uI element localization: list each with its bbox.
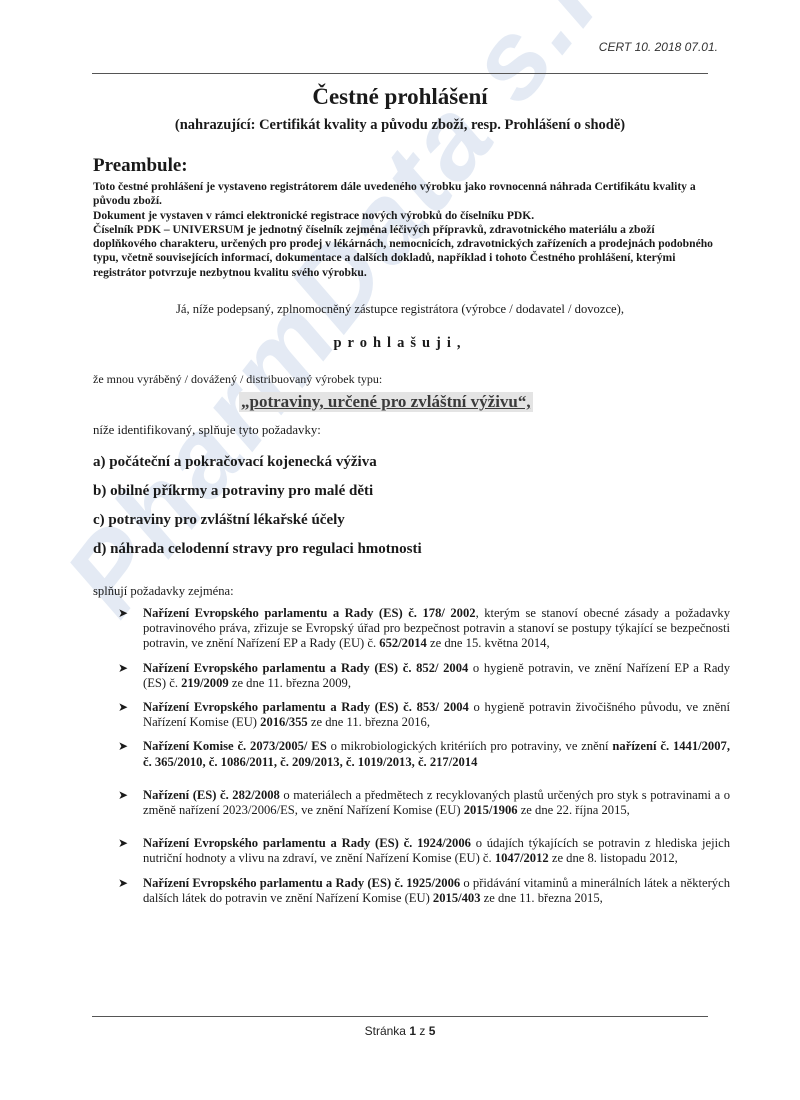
regulation-item: ➤ Nařízení Evropského parlamentu a Rady … [118,876,730,906]
page-number: Stránka 1 z 5 [0,1024,800,1038]
identified-statement: níže identifikovaný, splňuje tyto požada… [93,423,321,438]
arrow-bullet-icon: ➤ [118,661,128,676]
arrow-bullet-icon: ➤ [118,739,128,754]
meets-statement: splňují požadavky zejména: [93,584,234,599]
preamble-paragraph: Dokument je vystaven v rámci elektronick… [93,209,713,223]
arrow-bullet-icon: ➤ [118,836,128,851]
arrow-bullet-icon: ➤ [118,700,128,715]
regulation-item: ➤ Nařízení Evropského parlamentu a Rady … [118,700,730,730]
requirement-item: a) počáteční a pokračovací kojenecká výž… [93,454,422,483]
arrow-bullet-icon: ➤ [118,606,128,621]
declare-heading: prohlašuji, [0,335,800,352]
preamble-paragraph: Toto čestné prohlášení je vystaveno regi… [93,180,713,209]
requirement-item: c) potraviny pro zvláštní lékařské účely [93,512,422,541]
regulation-item: ➤ Nařízení (ES) č. 282/2008 o materiálec… [118,788,730,818]
regulation-item: ➤ Nařízení Evropského parlamentu a Rady … [118,661,730,691]
preamble-heading: Preambule: [93,155,188,177]
requirement-item: d) náhrada celodenní stravy pro regulaci… [93,541,422,570]
regulation-item: ➤ Nařízení Komise č. 2073/2005/ ES o mik… [118,739,730,769]
product-line: že mnou vyráběný / dovážený / distribuov… [93,372,382,387]
preamble-paragraph: Číselník PDK – UNIVERSUM je jednotný čís… [93,223,713,280]
cert-code: CERT 10. 2018 07.01. [599,40,718,54]
requirements-list: a) počáteční a pokračovací kojenecká výž… [93,454,422,570]
declarant-statement: Já, níže podepsaný, zplnomocněný zástupc… [0,302,800,317]
arrow-bullet-icon: ➤ [118,788,128,803]
requirement-item: b) obilné příkrmy a potraviny pro malé d… [93,483,422,512]
footer-rule [92,1016,708,1017]
regulation-item: ➤ Nařízení Evropského parlamentu a Rady … [118,836,730,866]
product-type: „potraviny, určené pro zvláštní výživu“, [239,392,533,412]
arrow-bullet-icon: ➤ [118,876,128,891]
regulation-item: ➤ Nařízení Evropského parlamentu a Rady … [118,606,730,652]
preamble-text: Toto čestné prohlášení je vystaveno regi… [93,180,713,280]
document-subtitle: (nahrazující: Certifikát kvality a původ… [0,117,800,134]
regulations-list: ➤ Nařízení Evropského parlamentu a Rady … [118,606,730,915]
header-rule [92,73,708,74]
document-title: Čestné prohlášení [0,84,800,110]
